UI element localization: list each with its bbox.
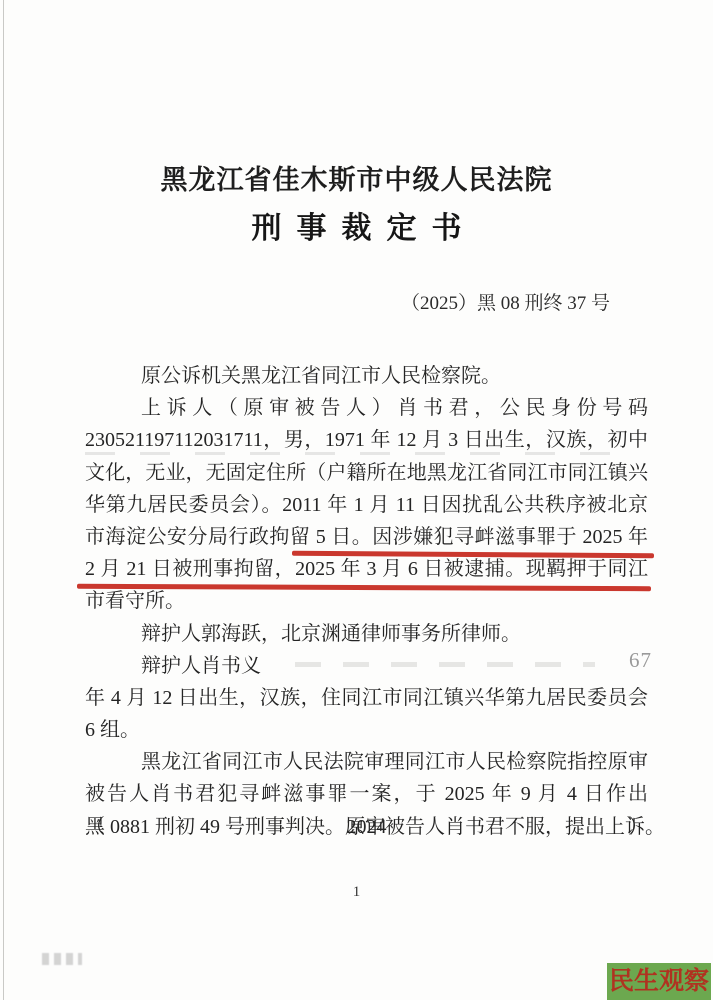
watermark-badge: 民生观察 [607, 963, 711, 1000]
body-line-text: 辩护人肖书义 [141, 655, 261, 677]
court-document-page: 黑龙江省佳木斯市中级人民法院 刑事裁定书 （2025）黑 08 刑终 37 号 … [0, 0, 713, 1000]
redaction-remnant: 67 [573, 644, 652, 676]
body-line: 黑 0881 刑初 49 号刑事判决。原审被告人肖书君不服，提出上诉。 [85, 811, 648, 843]
page-number: 1 [0, 884, 713, 901]
whiteout-mark [295, 662, 595, 667]
body-line: 6 组。 [85, 714, 648, 746]
body-line: 年 4 月 12 日出生，汉族，住同江市同江镇兴华第九居民委员会 [85, 682, 648, 714]
body-line-text: 市海淀公安分局行政拘留 5 日。因涉嫌犯寻衅滋事罪于 2025 年 [85, 526, 648, 548]
body-line: 上诉人（原审被告人）肖书君，公民身份号码 [85, 392, 648, 424]
body-line-redacted: 辩护人肖书义 67 [85, 650, 648, 682]
body-line: 辩护人郭海跃，北京渊通律师事务所律师。 [85, 618, 648, 650]
document-body: 原公诉机关黑龙江省同江市人民检察院。 上诉人（原审被告人）肖书君，公民身份号码 … [85, 360, 648, 843]
body-line: 华第九居民委员会）。2011 年 1 月 11 日因扰乱公共秩序被北京 [85, 489, 648, 521]
body-line: 被告人肖书君犯寻衅滋事罪一案，于 2025 年 9 月 4 日作出（2024） [85, 778, 648, 810]
body-line: 230521197112031711，男，1971 年 12 月 3 日出生，汉… [85, 424, 648, 456]
scan-edge-line [3, 0, 4, 1000]
document-title: 刑事裁定书 [0, 203, 713, 247]
body-line: 市看守所。 [85, 585, 648, 617]
court-name: 黑龙江省佳木斯市中级人民法院 [0, 158, 713, 197]
body-line: 文化，无业，无固定住所（户籍所在地黑龙江省同江市同江镇兴 [85, 457, 648, 489]
body-line-underlined: 2 月 21 日被刑事拘留，2025 年 3 月 6 日被逮捕。现羁押于同江 [85, 553, 648, 585]
body-line-underlined: 市海淀公安分局行政拘留 5 日。因涉嫌犯寻衅滋事罪于 2025 年 [85, 521, 648, 553]
case-number: （2025）黑 08 刑终 37 号 [0, 288, 610, 315]
body-line-text: 2 月 21 日被刑事拘留，2025 年 3 月 6 日被逮捕。现羁押于同江 [85, 558, 648, 580]
body-line: 黑龙江省同江市人民法院审理同江市人民检察院指控原审 [85, 746, 648, 778]
body-line: 原公诉机关黑龙江省同江市人民检察院。 [85, 360, 648, 392]
scan-smudge [42, 953, 82, 965]
